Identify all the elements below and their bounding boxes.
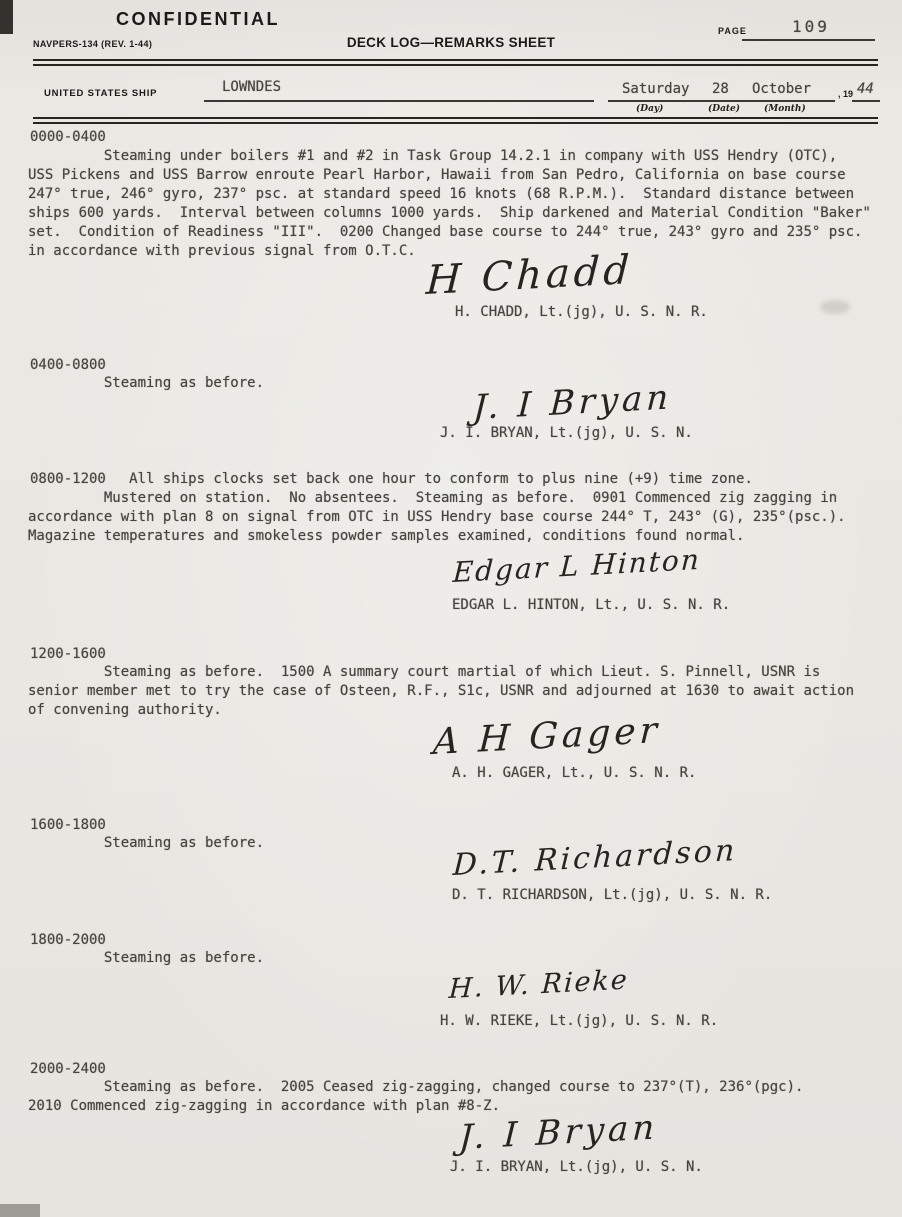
entry-time: 1600-1800	[30, 816, 106, 835]
entry-line: accordance with plan 8 on signal from OT…	[28, 508, 846, 527]
entry-line: Steaming as before.	[28, 834, 264, 853]
entry-line: Steaming as before.	[28, 374, 264, 393]
sheet-title: DECK LOG—REMARKS SHEET	[0, 35, 902, 50]
caption-date: (Date)	[708, 104, 740, 114]
date-month: October	[752, 80, 811, 99]
signature-typed: H. W. RIEKE, Lt.(jg), U. S. N. R.	[440, 1012, 718, 1031]
signature-script: A H Gager	[432, 710, 662, 763]
entry-line: USS Pickens and USS Barrow enroute Pearl…	[28, 166, 846, 185]
entry-line: Steaming under boilers #1 and #2 in Task…	[28, 147, 837, 166]
signature-script: H Chadd	[425, 247, 634, 304]
ship-label: UNITED STATES SHIP	[44, 88, 157, 99]
entry-line: set. Condition of Readiness "III". 0200 …	[28, 223, 862, 242]
signature-typed: D. T. RICHARDSON, Lt.(jg), U. S. N. R.	[452, 886, 772, 905]
entry-time: 1200-1600	[30, 645, 106, 664]
deck-log-page: CONFIDENTIAL PAGE 109 NAVPERS-134 (REV. …	[0, 0, 902, 1217]
signature-typed: J. I. BRYAN, Lt.(jg), U. S. N.	[450, 1158, 703, 1177]
signature-typed: EDGAR L. HINTON, Lt., U. S. N. R.	[452, 596, 730, 615]
date-day: Saturday	[622, 80, 689, 99]
entry-line: Mustered on station. No absentees. Steam…	[28, 489, 837, 508]
entry-line: senior member met to try the case of Ost…	[28, 682, 854, 701]
signature-script: D.T. Richardson	[452, 833, 738, 883]
entry-line: of convening authority.	[28, 701, 222, 720]
entry-line: 2010 Commenced zig-zagging in accordance…	[28, 1097, 500, 1116]
entry-line: Steaming as before. 1500 A summary court…	[28, 663, 820, 682]
entry-line: Steaming as before.	[28, 949, 264, 968]
entry-time: 0400-0800	[30, 356, 106, 375]
signature-script: H. W. Rieke	[448, 964, 630, 1005]
classification-stamp: CONFIDENTIAL	[116, 9, 280, 30]
entry-line: All ships clocks set back one hour to co…	[28, 470, 753, 489]
entry-line: Steaming as before. 2005 Ceased zig-zagg…	[28, 1078, 803, 1097]
entry-line: in accordance with previous signal from …	[28, 242, 416, 261]
year-prefix: , 19	[838, 89, 853, 99]
date-underline	[608, 100, 835, 102]
page-number: 109	[792, 17, 830, 36]
date-date: 28	[712, 80, 729, 99]
scan-artifact	[0, 1204, 40, 1217]
header-rule-bottom	[33, 117, 878, 124]
year-underline	[852, 100, 880, 102]
ship-underline	[204, 100, 594, 102]
entry-line: Magazine temperatures and smokeless powd…	[28, 527, 744, 546]
entry-line: 247° true, 246° gyro, 237° psc. at stand…	[28, 185, 854, 204]
signature-typed: A. H. GAGER, Lt., U. S. N. R.	[452, 764, 696, 783]
signature-typed: H. CHADD, Lt.(jg), U. S. N. R.	[455, 303, 708, 322]
signature-typed: J. I. BRYAN, Lt.(jg), U. S. N.	[440, 424, 693, 443]
signature-script: J. I Bryan	[472, 377, 673, 428]
entry-time: 1800-2000	[30, 931, 106, 950]
entry-line: ships 600 yards. Interval between column…	[28, 204, 871, 223]
scan-artifact	[0, 0, 13, 34]
entry-time: 0000-0400	[30, 128, 106, 147]
caption-day: (Day)	[636, 104, 663, 114]
header-rule	[33, 59, 878, 66]
signature-script: Edgar L Hinton	[452, 543, 702, 589]
year-value: 44	[857, 80, 874, 99]
caption-month: (Month)	[764, 104, 806, 114]
entry-time: 2000-2400	[30, 1060, 106, 1079]
scan-artifact	[820, 300, 850, 314]
ship-name: LOWNDES	[222, 78, 281, 97]
